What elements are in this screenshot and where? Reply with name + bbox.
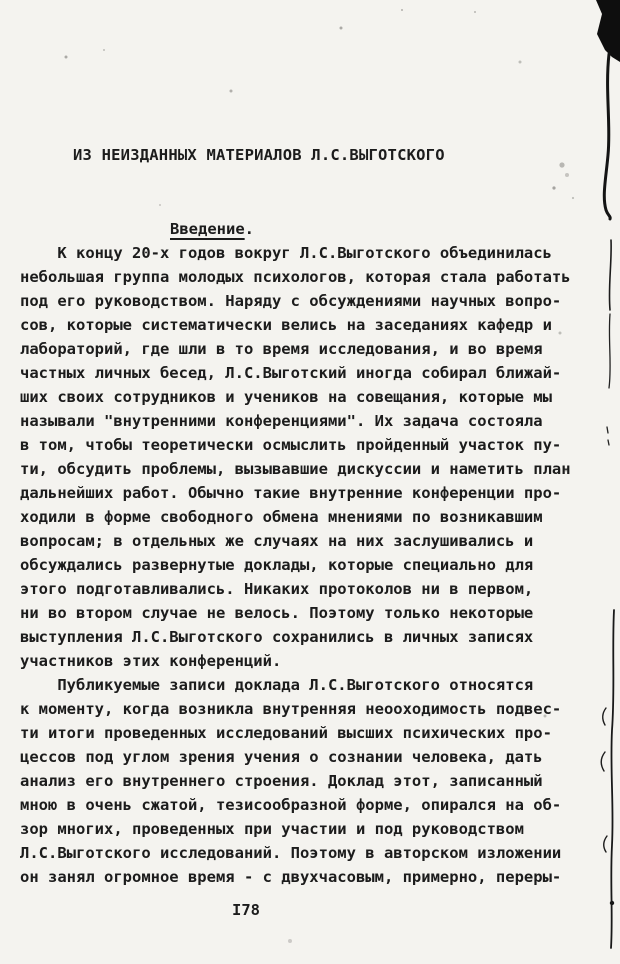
text-line: к моменту, когда возникла внутренняя нео… [20, 697, 605, 721]
text-line: участников этих конференций. [20, 649, 605, 673]
text-line: мною в очень сжатой, тезисообразной форм… [20, 793, 605, 817]
text-line: К концу 20-х годов вокруг Л.С.Выготского… [20, 241, 605, 265]
text-line: Публикуемые записи доклада Л.С.Выготског… [20, 673, 605, 697]
text-line: зор многих, проведенных при участии и по… [20, 817, 605, 841]
text-line: в том, чтобы теоретически осмыслить прой… [20, 433, 605, 457]
text-line: под его руководством. Наряду с обсуждени… [20, 289, 605, 313]
text-line: выступления Л.С.Выготского сохранились в… [20, 625, 605, 649]
text-line: анализ его внутреннего строения. Доклад … [20, 769, 605, 793]
text-line: ти итоги проведенных исследований высших… [20, 721, 605, 745]
text-line: частных личных бесед, Л.С.Выготский иног… [20, 361, 605, 385]
text-line: этого подготавливались. Никаких протокол… [20, 577, 605, 601]
text-line: обсуждались развернутые доклады, которые… [20, 553, 605, 577]
section-title: Введение. [170, 217, 605, 241]
document-heading: ИЗ НЕИЗДАННЫХ МАТЕРИАЛОВ Л.С.ВЫГОТСКОГО [73, 143, 605, 167]
binding-edge-dashes [607, 427, 609, 445]
text-line: ни во втором случае не велось. Поэтому т… [20, 601, 605, 625]
text-line: лабораторий, где шли в то время исследов… [20, 337, 605, 361]
text-line: он занял огромное время - с двухчасовым,… [20, 865, 605, 889]
text-line: цессов под углом зрения учения о сознани… [20, 745, 605, 769]
text-line: ходили в форме свободного обмена мнениям… [20, 505, 605, 529]
binding-edge-lower [611, 610, 614, 948]
text-line: Л.С.Выготского исследований. Поэтому в а… [20, 841, 605, 865]
text-line: ти, обсудить проблемы, вызывавшие дискус… [20, 457, 605, 481]
section-title-period: . [245, 220, 254, 238]
page-number: I78 [232, 898, 605, 922]
binding-edge-heavy [604, 54, 610, 219]
binding-edge-mid-2 [609, 314, 610, 388]
paragraph-1: К концу 20-х годов вокруг Л.С.Выготского… [20, 241, 605, 673]
section-title-text: Введение [170, 220, 245, 238]
text-line: ших своих сотрудников и учеников на сове… [20, 385, 605, 409]
text-line: сов, которые систематически велись на за… [20, 313, 605, 337]
text-line: называли "внутренними конференциями". Их… [20, 409, 605, 433]
scanned-document-page: ИЗ НЕИЗДАННЫХ МАТЕРИАЛОВ Л.С.ВЫГОТСКОГО … [0, 0, 620, 964]
binding-edge-mid-1 [609, 240, 611, 310]
paragraph-2: Публикуемые записи доклада Л.С.Выготског… [20, 673, 605, 889]
text-line: небольшая группа молодых психологов, кот… [20, 265, 605, 289]
binding-blot [610, 901, 614, 905]
text-block: ИЗ НЕИЗДАННЫХ МАТЕРИАЛОВ Л.С.ВЫГОТСКОГО … [20, 0, 605, 922]
text-line: дальнейших работ. Обычно такие внутренни… [20, 481, 605, 505]
text-line: вопросам; в отдельных же случаях на них … [20, 529, 605, 553]
